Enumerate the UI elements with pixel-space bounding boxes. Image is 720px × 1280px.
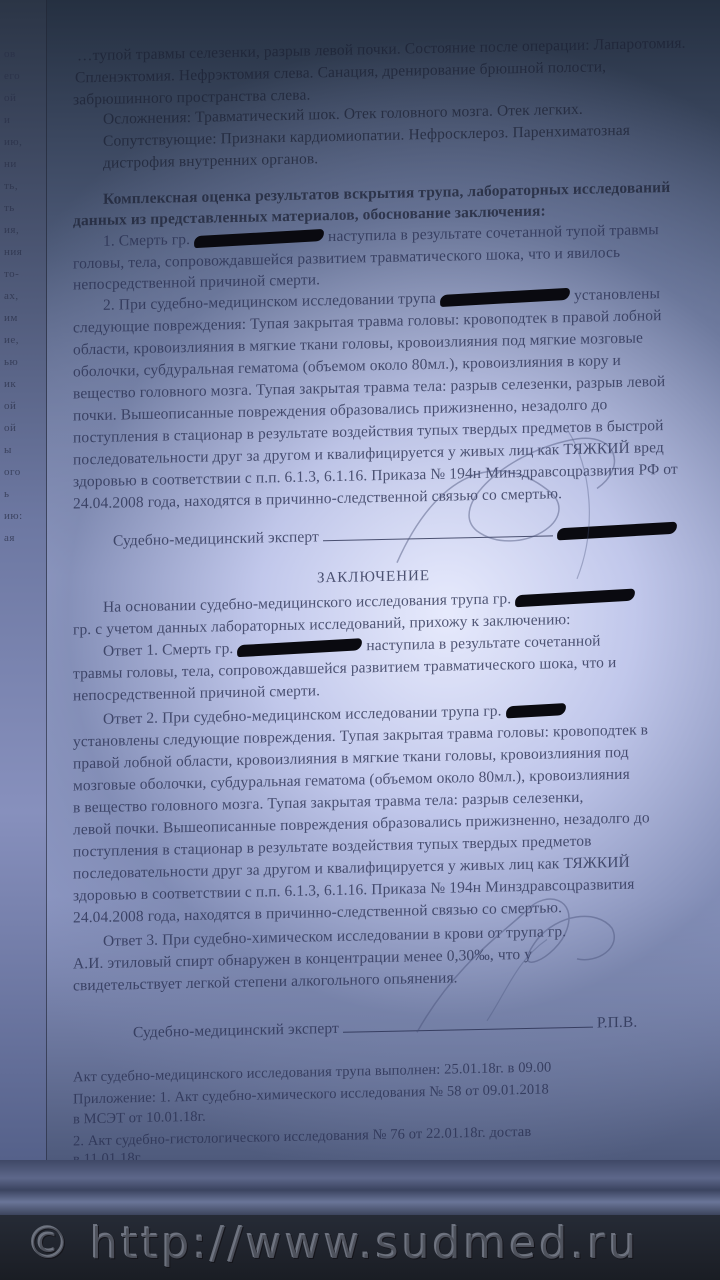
signature-underline xyxy=(343,1027,593,1033)
left-page-fragment: ие, xyxy=(4,334,19,346)
page-edge-shadow xyxy=(0,1160,720,1220)
expert-signature-line: Судебно-медицинский эксперт Р.П.В. xyxy=(133,1012,720,1042)
left-page-fragment: ь xyxy=(4,488,10,500)
text-fragment: На основании судебно-медицинского исслед… xyxy=(103,590,511,616)
text-fragment: наступила в результате сочетанной тупой … xyxy=(328,221,659,245)
left-page-fragment: ию, xyxy=(4,136,22,148)
left-page-fragment: ния xyxy=(4,246,22,258)
redaction-mark xyxy=(505,704,565,719)
watermark: © http://www.sudmed.ru xyxy=(26,1218,720,1274)
left-page-fragment: ая xyxy=(4,532,15,544)
left-page-fragment: ия, xyxy=(4,224,19,236)
expert-label: Судебно-медицинский эксперт xyxy=(133,1020,339,1041)
left-page-fragment: ой xyxy=(4,400,16,412)
expert-signature-line: Судебно-медицинский эксперт xyxy=(113,520,720,551)
left-page-fragment: ть, xyxy=(4,180,18,192)
left-page-fragment: ов xyxy=(4,48,16,60)
redaction-mark xyxy=(515,589,635,608)
text-fragment: 2. При судебно-медицинском исследовании … xyxy=(103,290,436,314)
left-page-fragment: ию: xyxy=(4,510,23,522)
left-page-fragment: им xyxy=(4,312,18,324)
left-page-fragment: ть xyxy=(4,202,15,214)
left-page-fragment: ы xyxy=(4,444,12,456)
redaction-mark xyxy=(557,522,677,541)
signature-underline xyxy=(323,535,553,541)
redaction-mark xyxy=(237,639,362,658)
left-page-fragment: его xyxy=(4,70,20,82)
left-page-fragment: ого xyxy=(4,466,21,478)
left-page-fragment: ой xyxy=(4,422,16,434)
left-page-fragment: ью xyxy=(4,356,18,368)
left-page-fragment: то- xyxy=(4,268,19,280)
left-page-fragment: ни xyxy=(4,158,17,170)
redaction-mark xyxy=(440,288,570,307)
left-page-fragment: ик xyxy=(4,378,16,390)
left-page-fragment: ой xyxy=(4,92,16,104)
text-fragment: Ответ 2. При судебно-медицинском исследо… xyxy=(103,702,502,727)
text-fragment: установлены xyxy=(574,285,660,304)
redaction-mark xyxy=(194,229,324,248)
text-fragment: Ответ 1. Смерть гр. xyxy=(103,640,233,660)
document-page: № 4311 …тупой травмы селезенки, разрыв л… xyxy=(47,0,720,1160)
left-page-fragment: ах, xyxy=(4,290,19,302)
text-fragment: наступила в результате сочетанной xyxy=(366,632,600,654)
text-fragment: 1. Смерть гр. xyxy=(103,231,190,250)
expert-initials: Р.П.В. xyxy=(597,1014,637,1032)
left-page-fragment: и xyxy=(4,114,10,126)
expert-label: Судебно-медицинский эксперт xyxy=(113,528,319,549)
